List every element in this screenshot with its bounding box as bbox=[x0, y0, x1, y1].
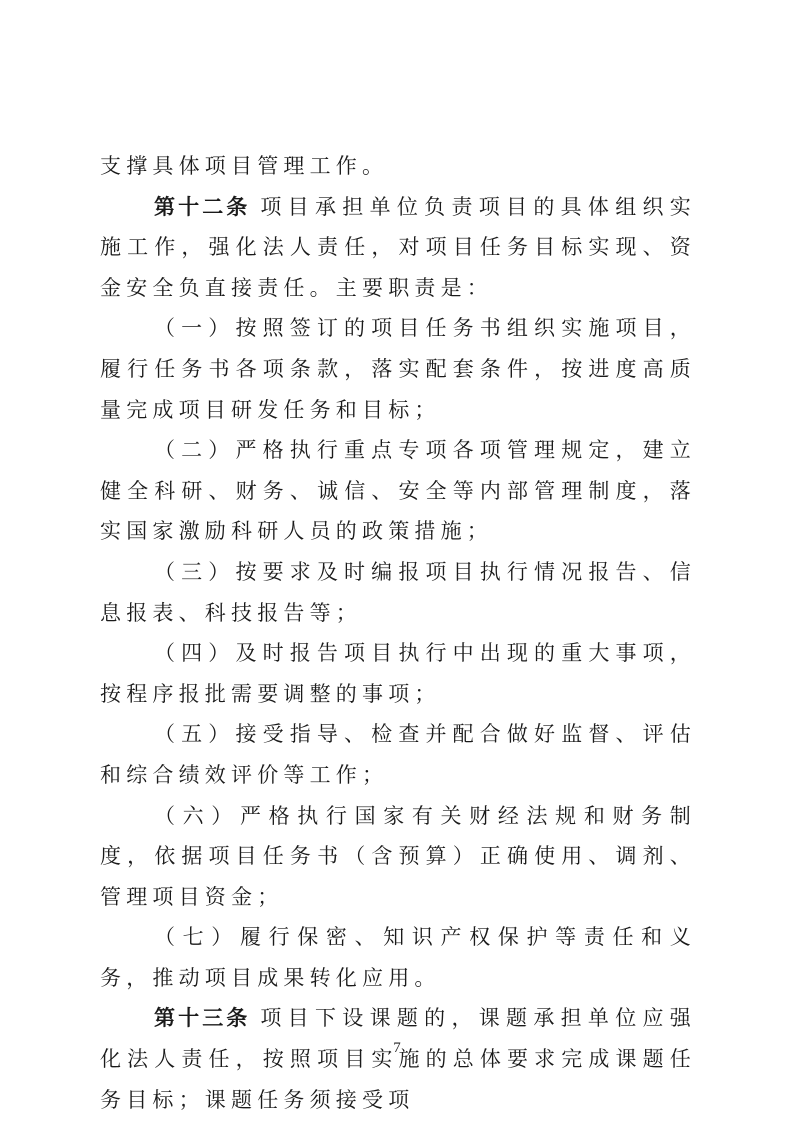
document-body: 支撑具体项目管理工作。 第十二条项目承担单位负责项目的具体组织实施工作，强化法人… bbox=[100, 146, 696, 1120]
duty-item-6: （六）严格执行国家有关财经法规和财务制度，依据项目任务书（含预算）正确使用、调剂… bbox=[100, 796, 696, 918]
document-page: 支撑具体项目管理工作。 第十二条项目承担单位负责项目的具体组织实施工作，强化法人… bbox=[0, 0, 794, 1123]
article-number: 第十三条 bbox=[154, 1006, 250, 1030]
page-number: 7 bbox=[0, 1040, 794, 1057]
duty-item-2: （二）严格执行重点专项各项管理规定，建立健全科研、财务、诚信、安全等内部管理制度… bbox=[100, 430, 696, 552]
article-12-paragraph: 第十二条项目承担单位负责项目的具体组织实施工作，强化法人责任，对项目任务目标实现… bbox=[100, 187, 696, 309]
duty-item-3: （三）按要求及时编报项目执行情况报告、信息报表、科技报告等； bbox=[100, 552, 696, 633]
article-number: 第十二条 bbox=[154, 195, 250, 219]
duty-item-1: （一）按照签订的项目任务书组织实施项目，履行任务书各项条款，落实配套条件，按进度… bbox=[100, 308, 696, 430]
duty-item-5: （五）接受指导、检查并配合做好监督、评估和综合绩效评价等工作； bbox=[100, 714, 696, 795]
paragraph-continuation: 支撑具体项目管理工作。 bbox=[100, 146, 696, 187]
duty-item-7: （七）履行保密、知识产权保护等责任和义务，推动项目成果转化应用。 bbox=[100, 917, 696, 998]
duty-item-4: （四）及时报告项目执行中出现的重大事项，按程序报批需要调整的事项； bbox=[100, 633, 696, 714]
article-13-paragraph: 第十三条项目下设课题的，课题承担单位应强化法人责任，按照项目实施的总体要求完成课… bbox=[100, 998, 696, 1120]
